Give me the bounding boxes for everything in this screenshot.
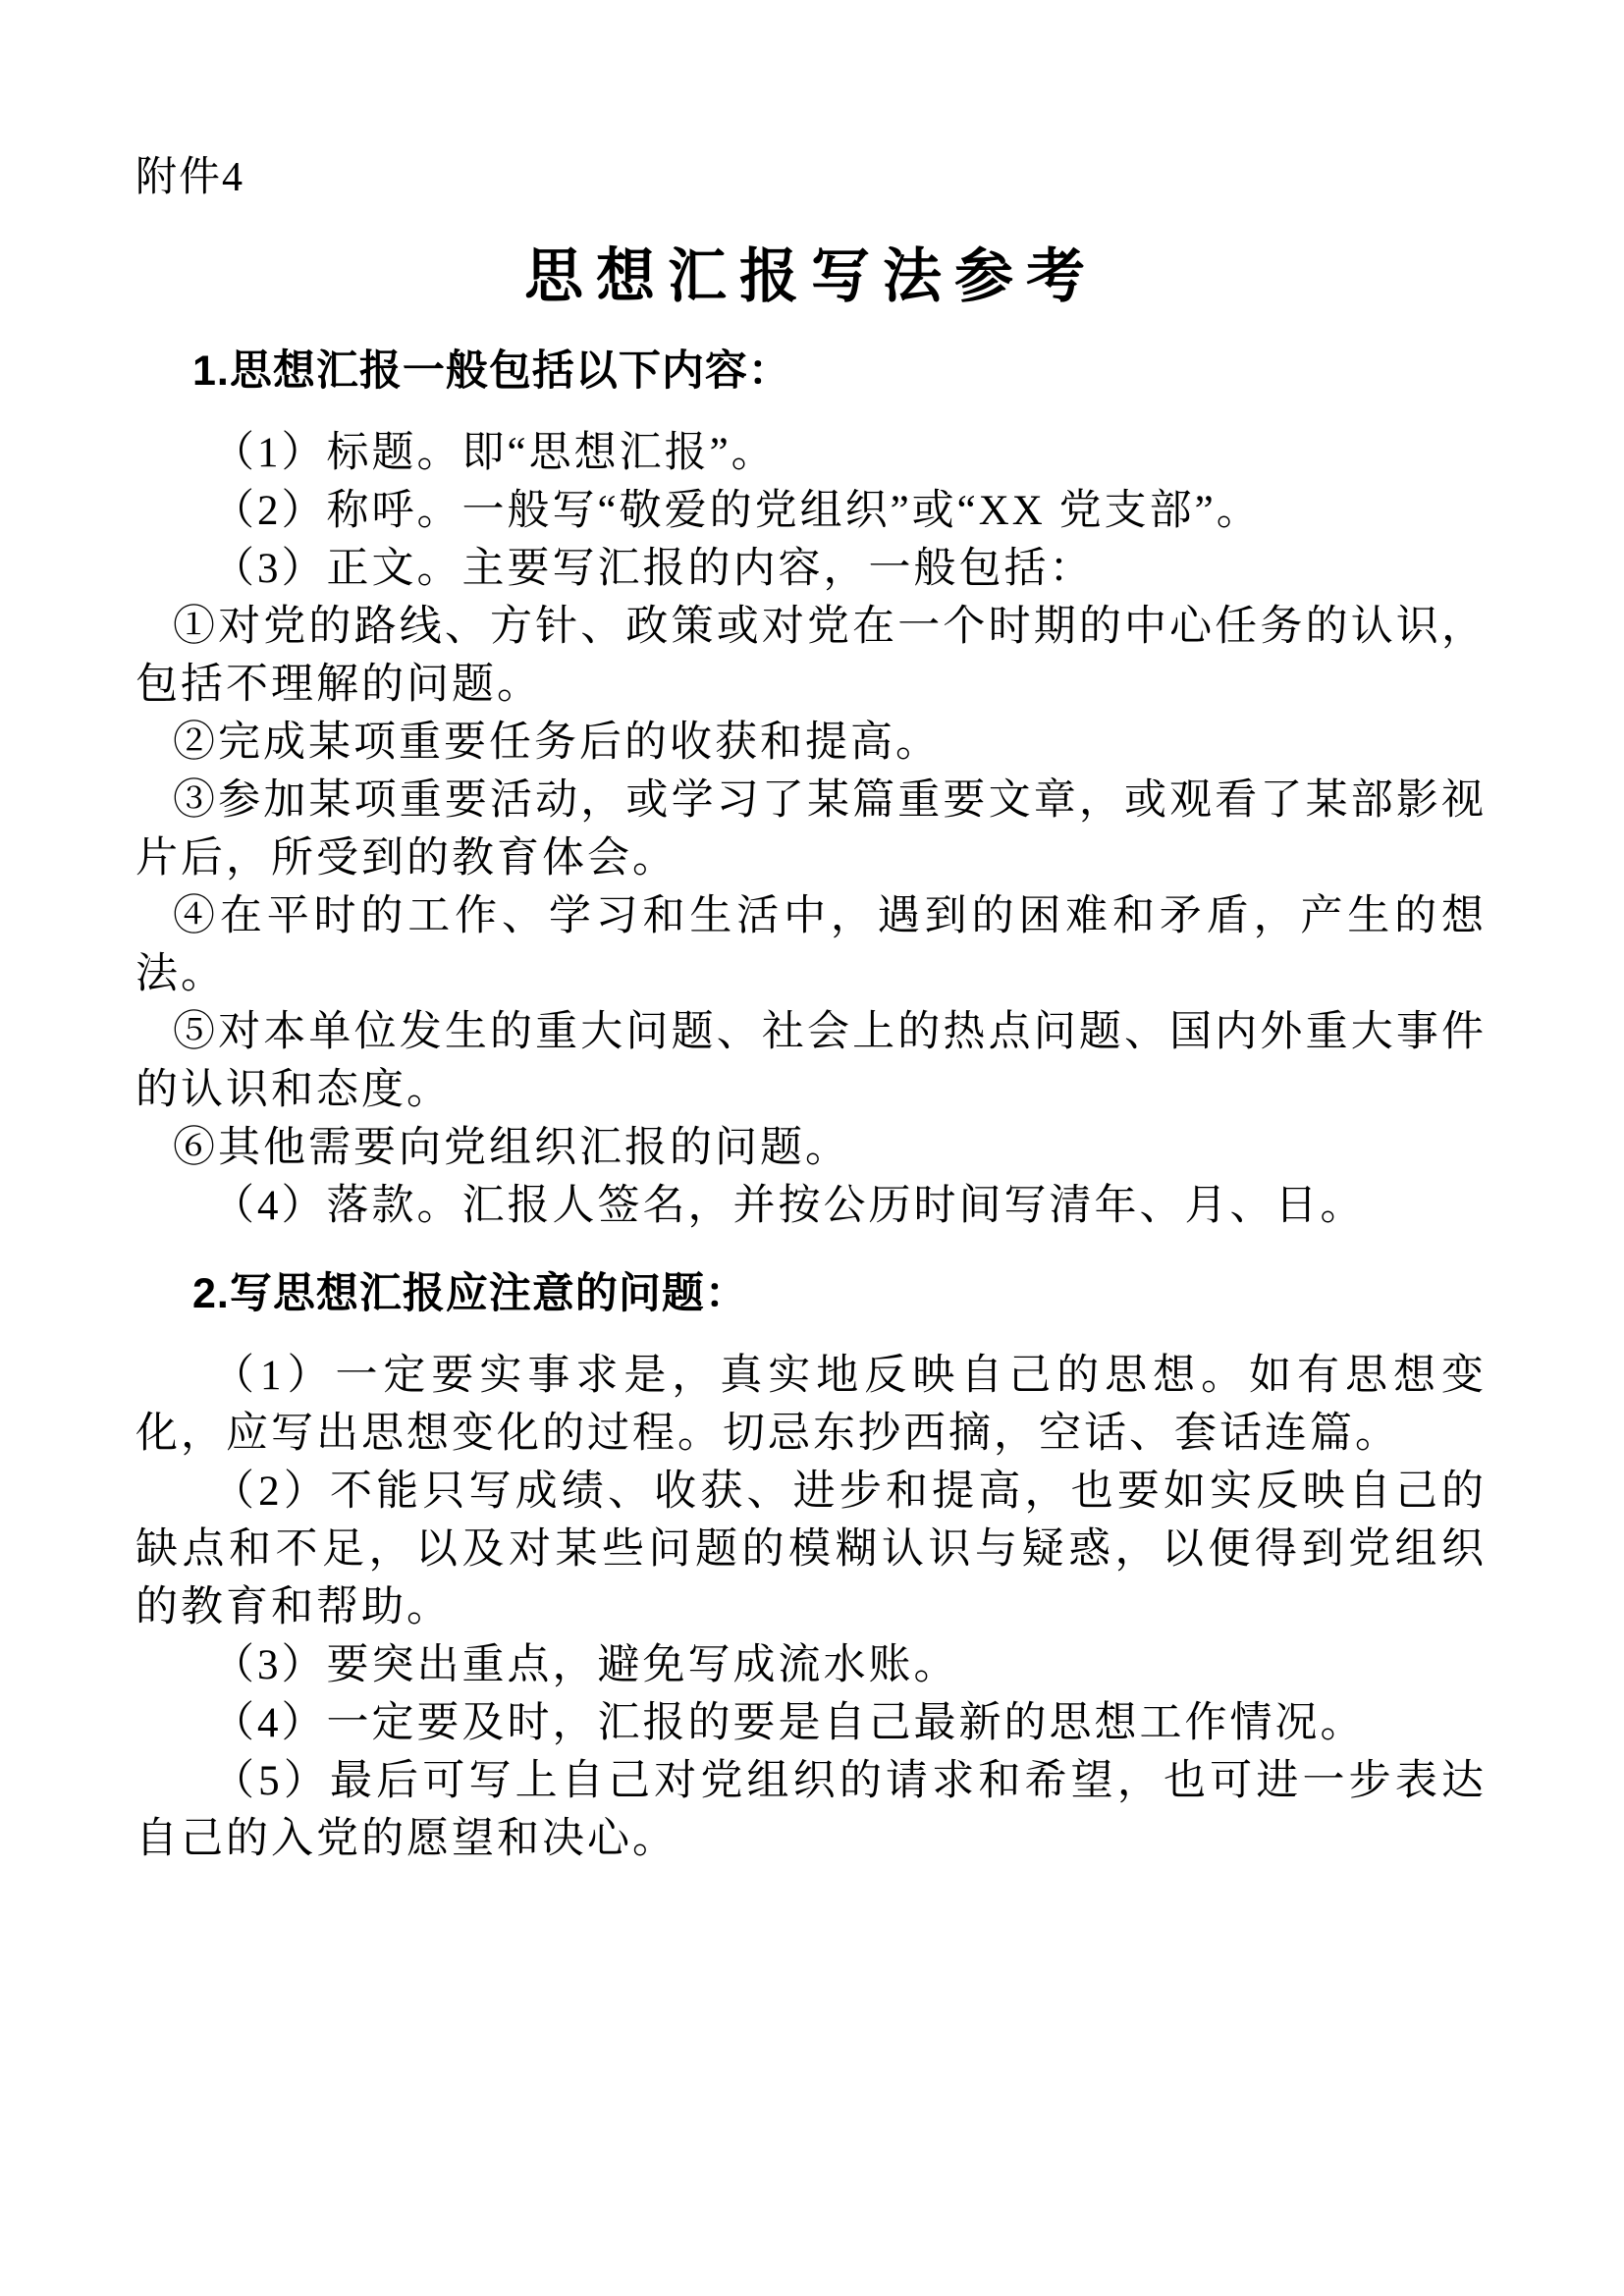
- paragraph: （1）标题。即“思想汇报”。: [135, 424, 1487, 482]
- paragraph: （5）最后可写上自己对党组织的请求和希望，也可进一步表达自己的入党的愿望和决心。: [135, 1752, 1487, 1868]
- document-page: 附件4 思想汇报写法参考 1.思想汇报一般包括以下内容：（1）标题。即“思想汇报…: [0, 0, 1624, 2296]
- paragraph: （2）不能只写成绩、收获、进步和提高，也要如实反映自己的缺点和不足，以及对某些问…: [135, 1463, 1487, 1636]
- paragraph: ③参加某项重要活动，或学习了某篇重要文章，或观看了某部影视片后，所受到的教育体会…: [135, 772, 1487, 887]
- paragraph: （2）称呼。一般写“敬爱的党组织”或“XX 党支部”。: [135, 482, 1487, 540]
- section-2-paragraphs: （1）一定要实事求是，真实地反映自己的思想。如有思想变化，应写出思想变化的过程。…: [135, 1347, 1487, 1868]
- paragraph: ④在平时的工作、学习和生活中，遇到的困难和矛盾，产生的想法。: [135, 887, 1487, 1003]
- attachment-label: 附件4: [135, 155, 1487, 200]
- section-heading-2: 2.写思想汇报应注意的问题：: [135, 1270, 1487, 1317]
- paragraph: （4）一定要及时，汇报的要是自己最新的思想工作情况。: [135, 1694, 1487, 1752]
- document-title: 思想汇报写法参考: [135, 241, 1487, 312]
- paragraph: ②完成某项重要任务后的收获和提高。: [135, 714, 1487, 772]
- paragraph: （3）要突出重点，避免写成流水账。: [135, 1636, 1487, 1694]
- paragraph: （1）一定要实事求是，真实地反映自己的思想。如有思想变化，应写出思想变化的过程。…: [135, 1347, 1487, 1463]
- paragraph: ①对党的路线、方针、政策或对党在一个时期的中心任务的认识，包括不理解的问题。: [135, 598, 1487, 714]
- section-heading-1: 1.思想汇报一般包括以下内容：: [135, 347, 1487, 395]
- document-body: 1.思想汇报一般包括以下内容：（1）标题。即“思想汇报”。（2）称呼。一般写“敬…: [135, 347, 1487, 1868]
- paragraph: ⑤对本单位发生的重大问题、社会上的热点问题、国内外重大事件的认识和态度。: [135, 1003, 1487, 1119]
- paragraph: （3）正文。主要写汇报的内容，一般包括：: [135, 540, 1487, 598]
- section-1-paragraphs: （1）标题。即“思想汇报”。（2）称呼。一般写“敬爱的党组织”或“XX 党支部”…: [135, 424, 1487, 1235]
- paragraph: ⑥其他需要向党组织汇报的问题。: [135, 1119, 1487, 1177]
- paragraph: （4）落款。汇报人签名，并按公历时间写清年、月、日。: [135, 1177, 1487, 1235]
